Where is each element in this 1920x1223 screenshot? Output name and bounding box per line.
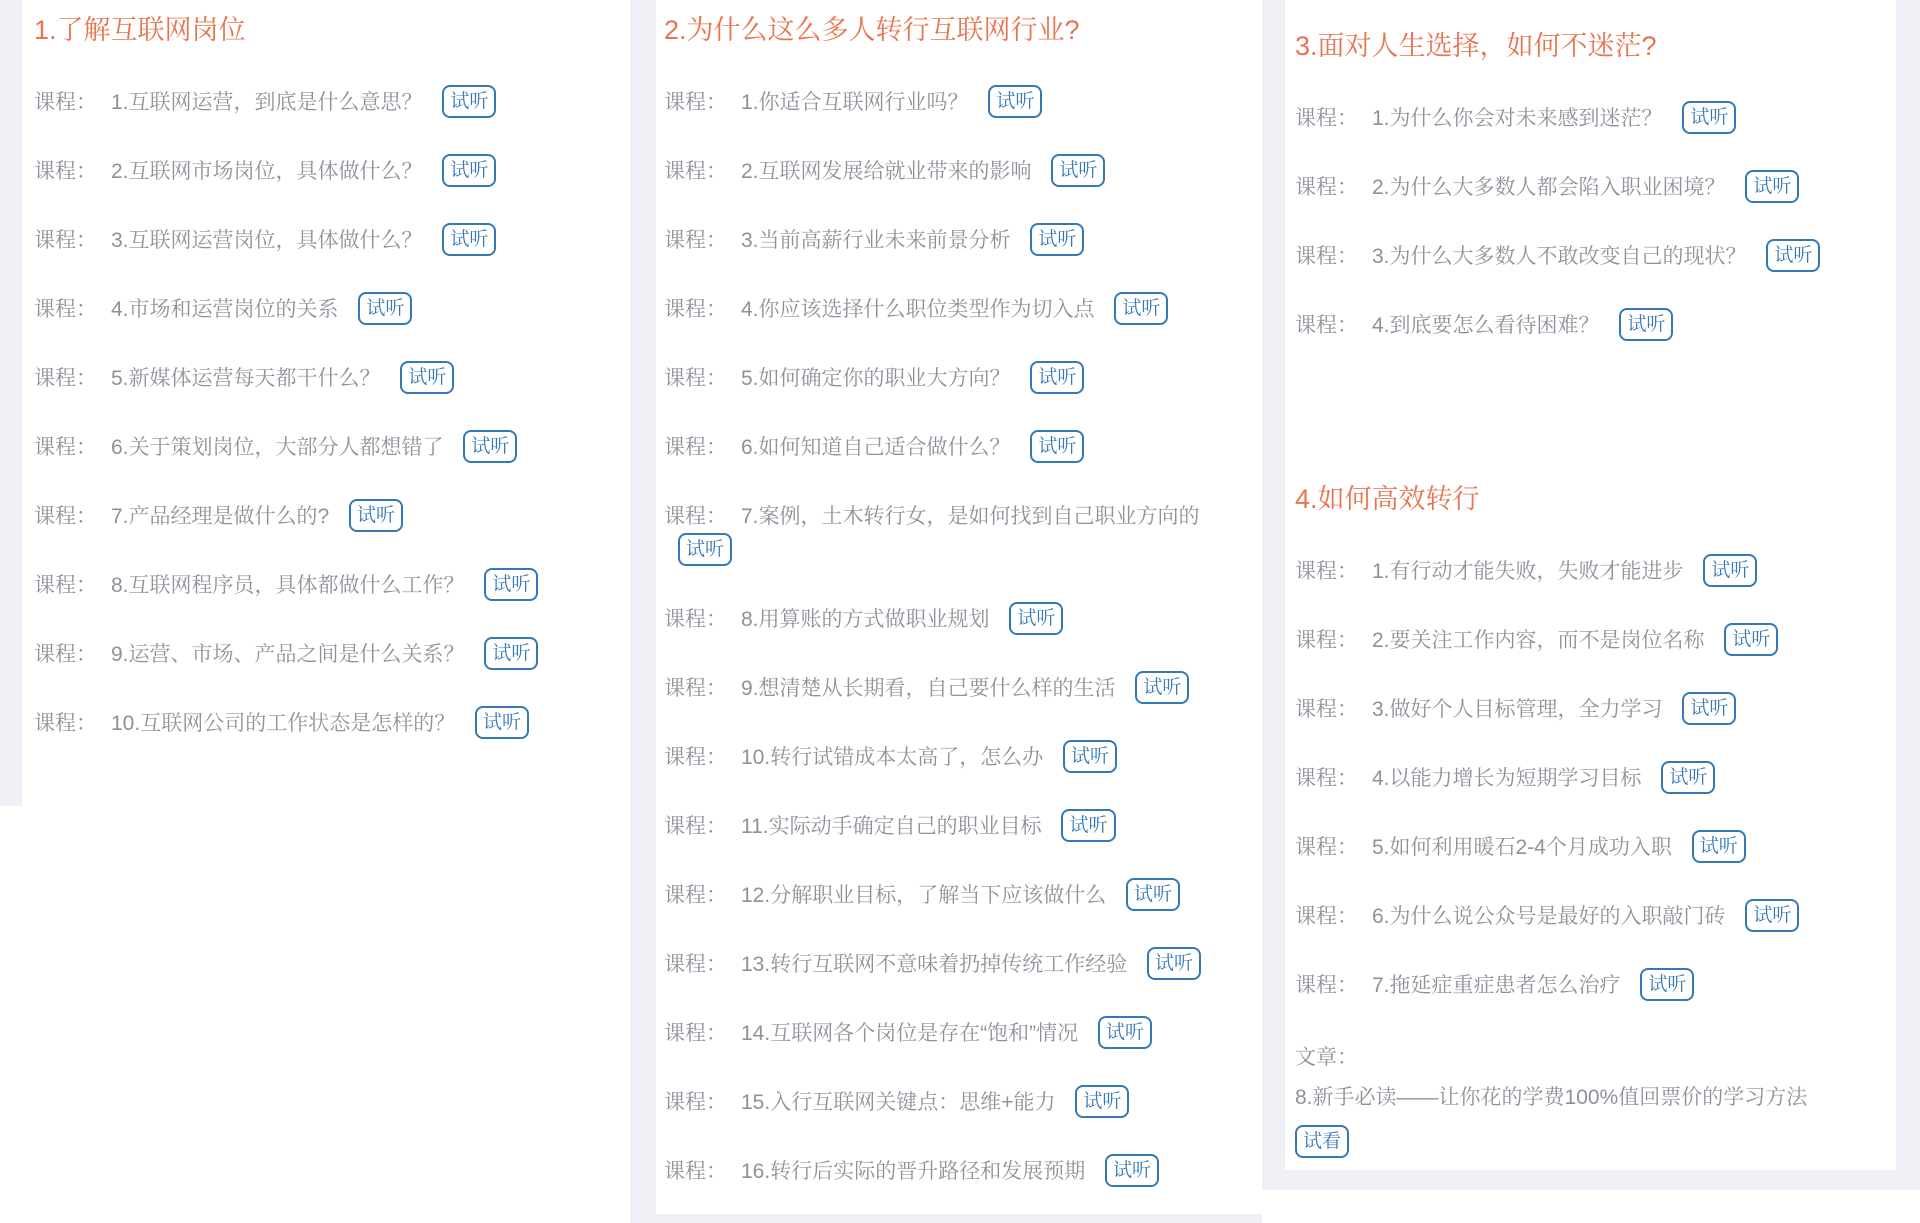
course-label: 课程： (664, 884, 727, 907)
course-title: 1.为什么你会对未来感到迷茫？ (1372, 107, 1663, 130)
listen-button[interactable]: 试听 (1061, 809, 1115, 842)
course-title: 5.新媒体运营每天都干什么？ (111, 367, 381, 390)
course-title: 8.互联网程序员，具体都做什么工作？ (111, 574, 465, 597)
course-title: 1.有行动才能失败，失败才能进步 (1372, 560, 1684, 583)
course-label: 课程： (1295, 245, 1358, 268)
listen-button[interactable]: 试听 (1640, 968, 1694, 1001)
course-row: 课程：3.当前高薪行业未来前景分析 试听 (664, 224, 1248, 258)
page-gap-left (0, 0, 22, 806)
listen-button[interactable]: 试听 (1745, 899, 1799, 932)
course-row: 课程：11.实际动手确定自己的职业目标 试听 (664, 810, 1248, 844)
course-title: 16.转行后实际的晋升路径和发展预期 (741, 1160, 1085, 1183)
listen-button[interactable]: 试听 (1692, 830, 1746, 863)
listen-button[interactable]: 试听 (463, 430, 517, 463)
course-title: 5.如何确定你的职业大方向？ (741, 367, 1011, 390)
course-label: 课程： (1295, 560, 1358, 583)
course-title: 2.互联网发展给就业带来的影响 (741, 160, 1032, 183)
listen-button[interactable]: 试听 (1063, 740, 1117, 773)
listen-button[interactable]: 试听 (1766, 239, 1820, 272)
course-label: 课程： (664, 815, 727, 838)
course-title: 1.你适合互联网行业吗？ (741, 91, 969, 114)
listen-button[interactable]: 试听 (1009, 602, 1063, 635)
listen-button[interactable]: 试听 (1619, 308, 1673, 341)
listen-button[interactable]: 试听 (1030, 430, 1084, 463)
course-label: 课程： (34, 91, 97, 114)
course-title: 4.市场和运营岗位的关系 (111, 298, 339, 321)
course-title: 6.如何知道自己适合做什么？ (741, 436, 1011, 459)
article-label: 文章： (1295, 1038, 1882, 1078)
column3-bottom-gap (1285, 1170, 1896, 1190)
course-title: 10.互联网公司的工作状态是怎样的？ (111, 712, 455, 735)
course-label: 课程： (664, 436, 727, 459)
course-row: 课程：1.为什么你会对未来感到迷茫？ 试听 (1295, 102, 1882, 136)
course-label: 课程： (1295, 974, 1358, 997)
course-label: 课程： (1295, 767, 1358, 790)
course-row: 课程：4.市场和运营岗位的关系 试听 (34, 293, 612, 327)
listen-button[interactable]: 试听 (1030, 223, 1084, 256)
course-row: 课程：5.如何利用暖石2-4个月成功入职 试听 (1295, 831, 1882, 865)
chapter-3-heading: 3.面对人生选择，如何不迷茫? (1295, 28, 1882, 64)
listen-button[interactable]: 试听 (1051, 154, 1105, 187)
course-label: 课程： (1295, 698, 1358, 721)
course-label: 课程： (34, 712, 97, 735)
listen-button[interactable]: 试听 (988, 85, 1042, 118)
course-label: 课程： (664, 229, 727, 252)
course-label: 课程： (664, 953, 727, 976)
chapter-1-card: 1.了解互联网岗位 课程：1.互联网运营，到底是什么意思？ 试听 课程：2.互联… (22, 0, 630, 806)
article-row: 文章： 8.新手必读——让你花的学费100%值回票价的学习方法 试看 (1295, 1038, 1882, 1158)
course-row: 课程：15.入行互联网关键点：思维+能力 试听 (664, 1086, 1248, 1120)
article-title: 8.新手必读——让你花的学费100%值回票价的学习方法 (1295, 1078, 1882, 1118)
course-row: 课程：3.为什么大多数人不敢改变自己的现状？ 试听 (1295, 240, 1882, 274)
course-label: 课程： (1295, 629, 1358, 652)
listen-button[interactable]: 试听 (678, 533, 732, 566)
course-row: 课程：10.转行试错成本太高了，怎么办 试听 (664, 741, 1248, 775)
course-title: 14.互联网各个岗位是存在“饱和”情况 (741, 1022, 1078, 1045)
course-title: 3.为什么大多数人不敢改变自己的现状？ (1372, 245, 1747, 268)
course-row: 课程：1.互联网运营，到底是什么意思？ 试听 (34, 86, 612, 120)
course-label: 课程： (1295, 905, 1358, 928)
course-row: 课程：7.产品经理是做什么的? 试听 (34, 500, 612, 534)
chapter-2-heading: 2.为什么这么多人转行互联网行业? (664, 12, 1248, 48)
listen-button[interactable]: 试听 (1745, 170, 1799, 203)
listen-button[interactable]: 试听 (1682, 101, 1736, 134)
course-label: 课程： (664, 160, 727, 183)
course-row: 课程：2.为什么大多数人都会陷入职业困境？ 试听 (1295, 171, 1882, 205)
course-title: 2.要关注工作内容，而不是岗位名称 (1372, 629, 1705, 652)
course-label: 课程： (34, 160, 97, 183)
course-label: 课程： (34, 436, 97, 459)
course-row: 课程：6.为什么说公众号是最好的入职敲门砖 试听 (1295, 900, 1882, 934)
watch-button[interactable]: 试看 (1295, 1125, 1349, 1158)
course-title: 4.以能力增长为短期学习目标 (1372, 767, 1642, 790)
course-label: 课程： (664, 505, 727, 528)
course-label: 课程： (34, 505, 97, 528)
course-title: 5.如何利用暖石2-4个月成功入职 (1372, 836, 1672, 859)
course-label: 课程： (34, 229, 97, 252)
course-label: 课程： (664, 1022, 727, 1045)
course-title: 4.到底要怎么看待困难？ (1372, 314, 1600, 337)
course-label: 课程： (1295, 836, 1358, 859)
listen-button[interactable]: 试听 (484, 637, 538, 670)
course-row: 课程：8.互联网程序员，具体都做什么工作？ 试听 (34, 569, 612, 603)
listen-button[interactable]: 试听 (349, 499, 403, 532)
course-title: 9.运营、市场、产品之间是什么关系？ (111, 643, 465, 666)
listen-button[interactable]: 试听 (475, 706, 529, 739)
course-label: 课程： (664, 1091, 727, 1114)
listen-button[interactable]: 试听 (484, 568, 538, 601)
listen-button[interactable]: 试听 (1724, 623, 1778, 656)
chapter-4-heading: 4.如何高效转行 (1295, 481, 1882, 517)
course-label: 课程： (34, 574, 97, 597)
listen-button[interactable]: 试听 (1661, 761, 1715, 794)
course-title: 7.产品经理是做什么的? (111, 505, 329, 528)
course-row: 课程：5.新媒体运营每天都干什么？ 试听 (34, 362, 612, 396)
listen-button[interactable]: 试听 (1030, 361, 1084, 394)
course-row: 课程：10.互联网公司的工作状态是怎样的？ 试听 (34, 707, 612, 741)
column2-bottom-gap (656, 1214, 1262, 1223)
course-title: 4.你应该选择什么职位类型作为切入点 (741, 298, 1095, 321)
course-label: 课程： (664, 746, 727, 769)
listen-button[interactable]: 试听 (442, 85, 496, 118)
page-gap-right (1896, 0, 1920, 1190)
listen-button[interactable]: 试听 (1126, 878, 1180, 911)
course-label: 课程： (1295, 176, 1358, 199)
course-row: 课程：13.转行互联网不意味着扔掉传统工作经验 试听 (664, 948, 1248, 982)
course-title: 15.入行互联网关键点：思维+能力 (741, 1091, 1055, 1114)
course-row: 课程：3.做好个人目标管理，全力学习 试听 (1295, 693, 1882, 727)
course-row: 课程：5.如何确定你的职业大方向？ 试听 (664, 362, 1248, 396)
course-title: 6.为什么说公众号是最好的入职敲门砖 (1372, 905, 1726, 928)
column-gap-1 (630, 0, 656, 1223)
course-title: 3.当前高薪行业未来前景分析 (741, 229, 1011, 252)
course-title: 6.关于策划岗位，大部分人都想错了 (111, 436, 444, 459)
listen-button[interactable]: 试听 (400, 361, 454, 394)
course-row: 课程：1.你适合互联网行业吗？ 试听 (664, 86, 1248, 120)
course-title: 10.转行试错成本太高了，怎么办 (741, 746, 1043, 769)
course-label: 课程： (34, 298, 97, 321)
listen-button[interactable]: 试听 (1098, 1016, 1152, 1049)
course-title: 9.想清楚从长期看，自己要什么样的生活 (741, 677, 1116, 700)
course-title: 2.为什么大多数人都会陷入职业困境？ (1372, 176, 1726, 199)
course-label: 课程： (664, 298, 727, 321)
course-title: 13.转行互联网不意味着扔掉传统工作经验 (741, 953, 1127, 976)
course-title: 7.拖延症重症患者怎么治疗 (1372, 974, 1621, 997)
course-title: 2.互联网市场岗位，具体做什么？ (111, 160, 423, 183)
course-label: 课程： (664, 677, 727, 700)
listen-button[interactable]: 试听 (358, 292, 412, 325)
course-title: 3.互联网运营岗位，具体做什么？ (111, 229, 423, 252)
course-title: 12.分解职业目标，了解当下应该做什么 (741, 884, 1106, 907)
chapter-2-card: 2.为什么这么多人转行互联网行业? 课程：1.你适合互联网行业吗？ 试听 课程：… (656, 0, 1262, 1214)
course-label: 课程： (664, 367, 727, 390)
chapter-3-4-card: 3.面对人生选择，如何不迷茫? 课程：1.为什么你会对未来感到迷茫？ 试听 课程… (1285, 0, 1896, 1170)
course-row: 课程：6.关于策划岗位，大部分人都想错了 试听 (34, 431, 612, 465)
course-row: 课程：3.互联网运营岗位，具体做什么？ 试听 (34, 224, 612, 258)
course-row: 课程：4.以能力增长为短期学习目标 试听 (1295, 762, 1882, 796)
course-row: 课程：9.运营、市场、产品之间是什么关系？ 试听 (34, 638, 612, 672)
chapter-1-heading: 1.了解互联网岗位 (34, 12, 612, 48)
course-row: 课程：12.分解职业目标，了解当下应该做什么 试听 (664, 879, 1248, 913)
course-label: 课程： (34, 643, 97, 666)
listen-button[interactable]: 试听 (442, 154, 496, 187)
column-gap-2 (1262, 0, 1285, 1190)
course-row: 课程：1.有行动才能失败，失败才能进步 试听 (1295, 555, 1882, 589)
course-title: 7.案例，土木转行女，是如何找到自己职业方向的 (741, 505, 1200, 528)
listen-button[interactable]: 试听 (442, 223, 496, 256)
course-catalog-page: 1.了解互联网岗位 课程：1.互联网运营，到底是什么意思？ 试听 课程：2.互联… (0, 0, 1920, 1223)
course-row: 课程：4.你应该选择什么职位类型作为切入点 试听 (664, 293, 1248, 327)
course-title: 8.用算账的方式做职业规划 (741, 608, 990, 631)
course-title: 3.做好个人目标管理，全力学习 (1372, 698, 1663, 721)
listen-button[interactable]: 试听 (1147, 947, 1201, 980)
course-label: 课程： (664, 1160, 727, 1183)
listen-button[interactable]: 试听 (1105, 1154, 1159, 1187)
course-label: 课程： (1295, 107, 1358, 130)
course-row: 课程：9.想清楚从长期看，自己要什么样的生活 试听 (664, 672, 1248, 706)
listen-button[interactable]: 试听 (1135, 671, 1189, 704)
listen-button[interactable]: 试听 (1114, 292, 1168, 325)
course-row: 课程：2.互联网市场岗位，具体做什么？ 试听 (34, 155, 612, 189)
course-row: 课程：4.到底要怎么看待困难？ 试听 (1295, 309, 1882, 343)
course-label: 课程： (664, 608, 727, 631)
course-title: 11.实际动手确定自己的职业目标 (741, 815, 1042, 838)
course-row: 课程：6.如何知道自己适合做什么？ 试听 (664, 431, 1248, 465)
course-row: 课程：14.互联网各个岗位是存在“饱和”情况 试听 (664, 1017, 1248, 1051)
course-title: 1.互联网运营，到底是什么意思？ (111, 91, 423, 114)
course-row: 课程：8.用算账的方式做职业规划 试听 (664, 603, 1248, 637)
listen-button[interactable]: 试听 (1682, 692, 1736, 725)
course-row: 课程：7.拖延症重症患者怎么治疗 试听 (1295, 969, 1882, 1003)
course-label: 课程： (1295, 314, 1358, 337)
course-row: 课程：16.转行后实际的晋升路径和发展预期 试听 (664, 1155, 1248, 1189)
listen-button[interactable]: 试听 (1703, 554, 1757, 587)
course-row: 课程：7.案例，土木转行女，是如何找到自己职业方向的 试听 (664, 500, 1248, 568)
listen-button[interactable]: 试听 (1075, 1085, 1129, 1118)
course-row: 课程：2.互联网发展给就业带来的影响 试听 (664, 155, 1248, 189)
course-label: 课程： (664, 91, 727, 114)
course-row: 课程：2.要关注工作内容，而不是岗位名称 试听 (1295, 624, 1882, 658)
course-label: 课程： (34, 367, 97, 390)
